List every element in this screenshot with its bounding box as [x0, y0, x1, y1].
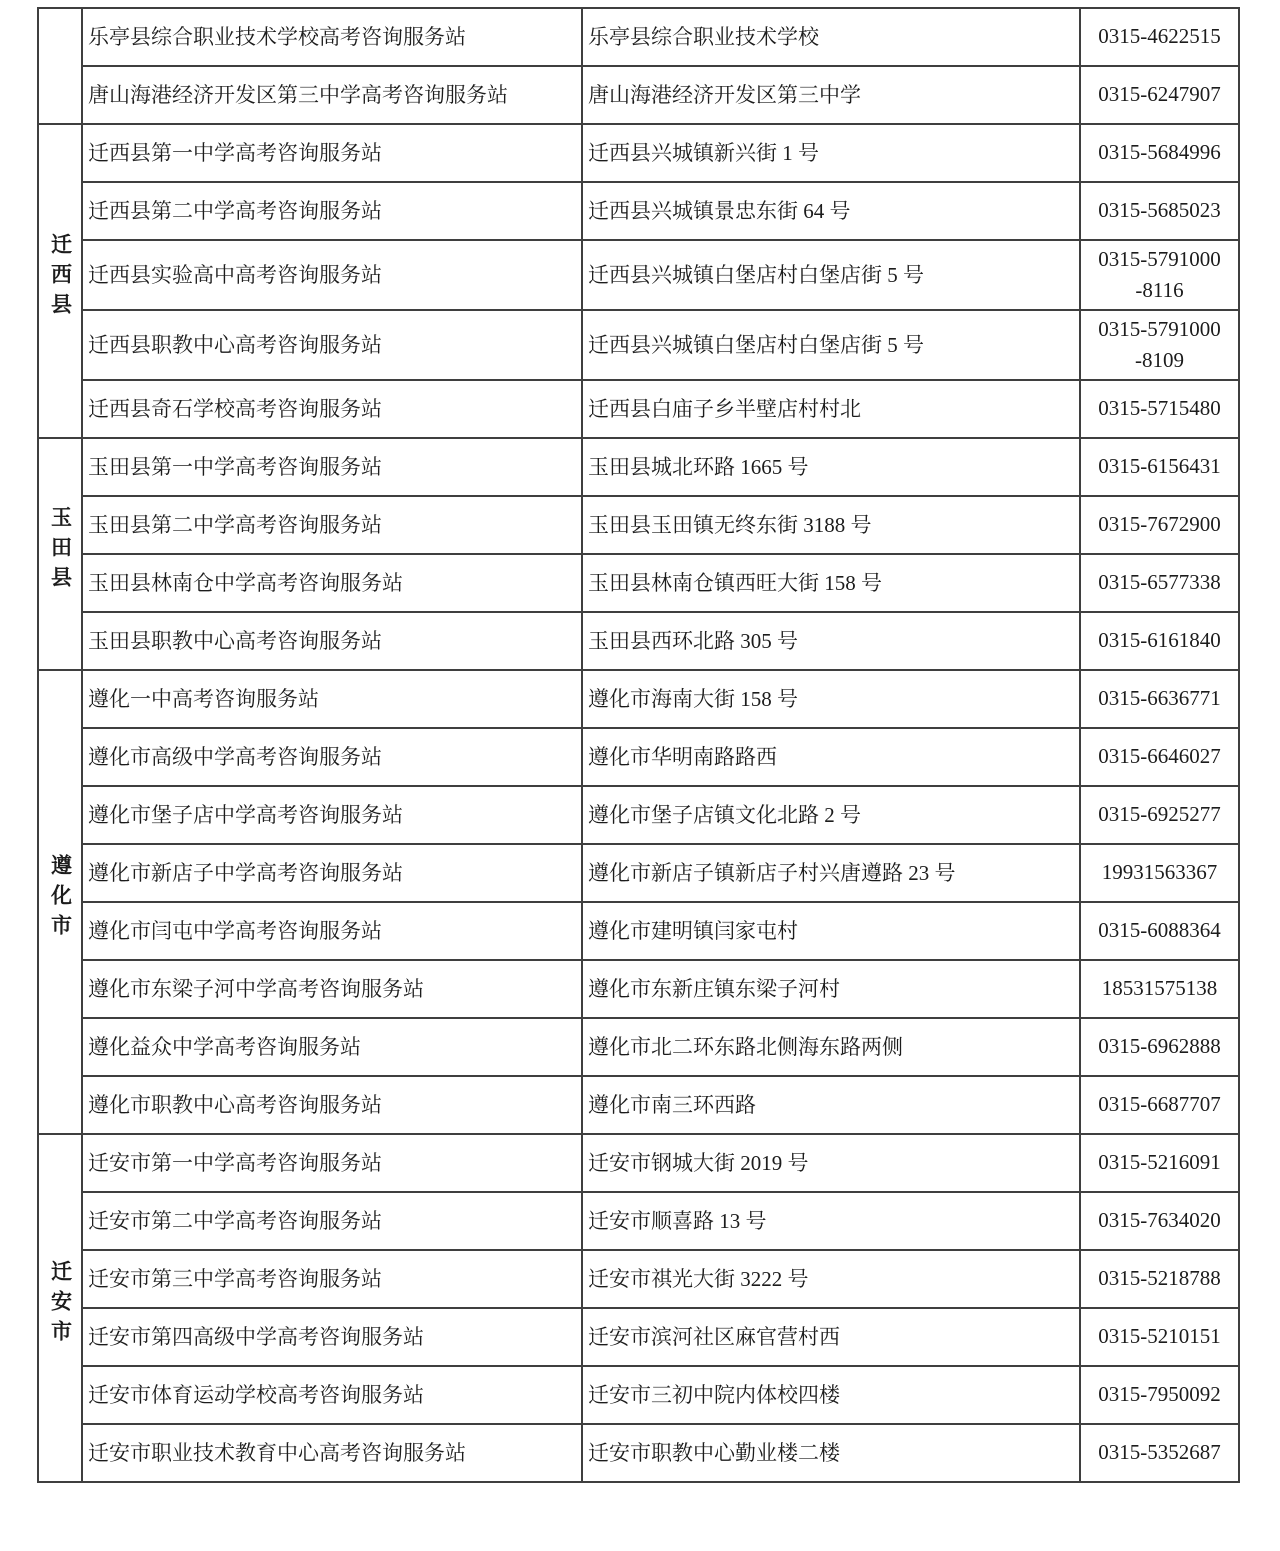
table-row: 迁西县实验高中高考咨询服务站 迁西县兴城镇白堡店村白堡店街 5 号 0315-5…	[38, 240, 1239, 310]
station-name-cell: 遵化市堡子店中学高考咨询服务站	[82, 786, 582, 844]
table-row: 遵化市东梁子河中学高考咨询服务站 遵化市东新庄镇东梁子河村 1853157513…	[38, 960, 1239, 1018]
station-name-cell: 迁西县实验高中高考咨询服务站	[82, 240, 582, 310]
table-row: 乐亭县综合职业技术学校高考咨询服务站 乐亭县综合职业技术学校 0315-4622…	[38, 8, 1239, 66]
station-name-cell: 迁安市第一中学高考咨询服务站	[82, 1134, 582, 1192]
address-cell: 迁西县白庙子乡半壁店村村北	[582, 380, 1080, 438]
consultation-stations-table: 乐亭县综合职业技术学校高考咨询服务站 乐亭县综合职业技术学校 0315-4622…	[37, 7, 1240, 1483]
station-name-cell: 迁西县职教中心高考咨询服务站	[82, 310, 582, 380]
address-cell: 迁西县兴城镇景忠东街 64 号	[582, 182, 1080, 240]
station-name-cell: 迁西县第一中学高考咨询服务站	[82, 124, 582, 182]
region-label: 迁西县	[50, 233, 71, 323]
station-name-cell: 遵化一中高考咨询服务站	[82, 670, 582, 728]
phone-cell: 0315-4622515	[1080, 8, 1239, 66]
address-cell: 乐亭县综合职业技术学校	[582, 8, 1080, 66]
address-cell: 遵化市建明镇闫家屯村	[582, 902, 1080, 960]
station-name-cell: 玉田县第一中学高考咨询服务站	[82, 438, 582, 496]
phone-cell: 0315-5684996	[1080, 124, 1239, 182]
region-label: 玉田县	[50, 506, 71, 596]
address-cell: 迁安市钢城大街 2019 号	[582, 1134, 1080, 1192]
table-row: 迁安市体育运动学校高考咨询服务站 迁安市三初中院内体校四楼 0315-79500…	[38, 1366, 1239, 1424]
phone-cell: 0315-6925277	[1080, 786, 1239, 844]
station-name-cell: 遵化市高级中学高考咨询服务站	[82, 728, 582, 786]
table-row: 迁西县 迁西县第一中学高考咨询服务站 迁西县兴城镇新兴街 1 号 0315-56…	[38, 124, 1239, 182]
document-page: 乐亭县综合职业技术学校高考咨询服务站 乐亭县综合职业技术学校 0315-4622…	[0, 0, 1280, 1551]
region-label: 遵化市	[50, 854, 71, 944]
phone-cell: 0315-6247907	[1080, 66, 1239, 124]
address-cell: 迁西县兴城镇白堡店村白堡店街 5 号	[582, 310, 1080, 380]
table-row: 迁安市 迁安市第一中学高考咨询服务站 迁安市钢城大街 2019 号 0315-5…	[38, 1134, 1239, 1192]
phone-cell: 0315-6088364	[1080, 902, 1239, 960]
table-row: 迁西县第二中学高考咨询服务站 迁西县兴城镇景忠东街 64 号 0315-5685…	[38, 182, 1239, 240]
table-row: 迁西县职教中心高考咨询服务站 迁西县兴城镇白堡店村白堡店街 5 号 0315-5…	[38, 310, 1239, 380]
station-name-cell: 迁安市第三中学高考咨询服务站	[82, 1250, 582, 1308]
region-cell	[38, 8, 82, 124]
phone-cell: 0315-6687707	[1080, 1076, 1239, 1134]
region-cell: 玉田县	[38, 438, 82, 670]
address-cell: 迁安市滨河社区麻官营村西	[582, 1308, 1080, 1366]
address-cell: 迁安市顺喜路 13 号	[582, 1192, 1080, 1250]
station-name-cell: 玉田县林南仓中学高考咨询服务站	[82, 554, 582, 612]
address-cell: 遵化市南三环西路	[582, 1076, 1080, 1134]
table-row: 迁安市第四高级中学高考咨询服务站 迁安市滨河社区麻官营村西 0315-52101…	[38, 1308, 1239, 1366]
table-row: 迁安市第二中学高考咨询服务站 迁安市顺喜路 13 号 0315-7634020	[38, 1192, 1239, 1250]
station-name-cell: 乐亭县综合职业技术学校高考咨询服务站	[82, 8, 582, 66]
table-row: 玉田县第二中学高考咨询服务站 玉田县玉田镇无终东街 3188 号 0315-76…	[38, 496, 1239, 554]
phone-cell: 0315-6577338	[1080, 554, 1239, 612]
station-name-cell: 唐山海港经济开发区第三中学高考咨询服务站	[82, 66, 582, 124]
station-name-cell: 迁安市职业技术教育中心高考咨询服务站	[82, 1424, 582, 1482]
station-name-cell: 迁安市体育运动学校高考咨询服务站	[82, 1366, 582, 1424]
phone-cell: 0315-6156431	[1080, 438, 1239, 496]
address-cell: 玉田县林南仓镇西旺大街 158 号	[582, 554, 1080, 612]
table-row: 唐山海港经济开发区第三中学高考咨询服务站 唐山海港经济开发区第三中学 0315-…	[38, 66, 1239, 124]
table-row: 迁安市职业技术教育中心高考咨询服务站 迁安市职教中心勤业楼二楼 0315-535…	[38, 1424, 1239, 1482]
table-row: 遵化市 遵化一中高考咨询服务站 遵化市海南大街 158 号 0315-66367…	[38, 670, 1239, 728]
address-cell: 遵化市堡子店镇文化北路 2 号	[582, 786, 1080, 844]
table-row: 遵化市职教中心高考咨询服务站 遵化市南三环西路 0315-6687707	[38, 1076, 1239, 1134]
region-cell: 遵化市	[38, 670, 82, 1134]
table-row: 玉田县林南仓中学高考咨询服务站 玉田县林南仓镇西旺大街 158 号 0315-6…	[38, 554, 1239, 612]
phone-cell: 0315-7672900	[1080, 496, 1239, 554]
address-cell: 玉田县西环北路 305 号	[582, 612, 1080, 670]
phone-cell: 0315-6161840	[1080, 612, 1239, 670]
table-row: 玉田县职教中心高考咨询服务站 玉田县西环北路 305 号 0315-616184…	[38, 612, 1239, 670]
table-row: 迁安市第三中学高考咨询服务站 迁安市祺光大街 3222 号 0315-52187…	[38, 1250, 1239, 1308]
phone-cell: 19931563367	[1080, 844, 1239, 902]
station-name-cell: 玉田县职教中心高考咨询服务站	[82, 612, 582, 670]
station-name-cell: 遵化市职教中心高考咨询服务站	[82, 1076, 582, 1134]
phone-cell: 0315-5218788	[1080, 1250, 1239, 1308]
table-row: 迁西县奇石学校高考咨询服务站 迁西县白庙子乡半壁店村村北 0315-571548…	[38, 380, 1239, 438]
address-cell: 玉田县玉田镇无终东街 3188 号	[582, 496, 1080, 554]
station-name-cell: 遵化益众中学高考咨询服务站	[82, 1018, 582, 1076]
address-cell: 玉田县城北环路 1665 号	[582, 438, 1080, 496]
phone-cell: 0315-6646027	[1080, 728, 1239, 786]
address-cell: 迁安市祺光大街 3222 号	[582, 1250, 1080, 1308]
phone-cell: 0315-6636771	[1080, 670, 1239, 728]
address-cell: 唐山海港经济开发区第三中学	[582, 66, 1080, 124]
region-label: 迁安市	[50, 1260, 71, 1350]
address-cell: 遵化市新店子镇新店子村兴唐遵路 23 号	[582, 844, 1080, 902]
table-row: 玉田县 玉田县第一中学高考咨询服务站 玉田县城北环路 1665 号 0315-6…	[38, 438, 1239, 496]
phone-cell: 0315-7634020	[1080, 1192, 1239, 1250]
station-name-cell: 玉田县第二中学高考咨询服务站	[82, 496, 582, 554]
station-name-cell: 遵化市闫屯中学高考咨询服务站	[82, 902, 582, 960]
phone-cell: 0315-6962888	[1080, 1018, 1239, 1076]
region-cell: 迁西县	[38, 124, 82, 438]
phone-cell: 0315-5210151	[1080, 1308, 1239, 1366]
address-cell: 迁安市职教中心勤业楼二楼	[582, 1424, 1080, 1482]
table-row: 遵化市堡子店中学高考咨询服务站 遵化市堡子店镇文化北路 2 号 0315-692…	[38, 786, 1239, 844]
station-name-cell: 遵化市东梁子河中学高考咨询服务站	[82, 960, 582, 1018]
station-name-cell: 遵化市新店子中学高考咨询服务站	[82, 844, 582, 902]
table-row: 遵化市高级中学高考咨询服务站 遵化市华明南路路西 0315-6646027	[38, 728, 1239, 786]
phone-cell: 0315-5715480	[1080, 380, 1239, 438]
station-name-cell: 迁西县第二中学高考咨询服务站	[82, 182, 582, 240]
table-row: 遵化益众中学高考咨询服务站 遵化市北二环东路北侧海东路两侧 0315-69628…	[38, 1018, 1239, 1076]
table-row: 遵化市闫屯中学高考咨询服务站 遵化市建明镇闫家屯村 0315-6088364	[38, 902, 1239, 960]
address-cell: 迁西县兴城镇新兴街 1 号	[582, 124, 1080, 182]
phone-cell: 0315-5791000 -8116	[1080, 240, 1239, 310]
phone-cell: 0315-5685023	[1080, 182, 1239, 240]
phone-cell: 0315-7950092	[1080, 1366, 1239, 1424]
region-cell: 迁安市	[38, 1134, 82, 1482]
station-name-cell: 迁西县奇石学校高考咨询服务站	[82, 380, 582, 438]
phone-cell: 0315-5352687	[1080, 1424, 1239, 1482]
phone-cell: 0315-5216091	[1080, 1134, 1239, 1192]
address-cell: 遵化市海南大街 158 号	[582, 670, 1080, 728]
table-row: 遵化市新店子中学高考咨询服务站 遵化市新店子镇新店子村兴唐遵路 23 号 199…	[38, 844, 1239, 902]
address-cell: 遵化市华明南路路西	[582, 728, 1080, 786]
address-cell: 迁安市三初中院内体校四楼	[582, 1366, 1080, 1424]
address-cell: 遵化市北二环东路北侧海东路两侧	[582, 1018, 1080, 1076]
phone-cell: 18531575138	[1080, 960, 1239, 1018]
address-cell: 遵化市东新庄镇东梁子河村	[582, 960, 1080, 1018]
address-cell: 迁西县兴城镇白堡店村白堡店街 5 号	[582, 240, 1080, 310]
phone-cell: 0315-5791000 -8109	[1080, 310, 1239, 380]
station-name-cell: 迁安市第二中学高考咨询服务站	[82, 1192, 582, 1250]
station-name-cell: 迁安市第四高级中学高考咨询服务站	[82, 1308, 582, 1366]
